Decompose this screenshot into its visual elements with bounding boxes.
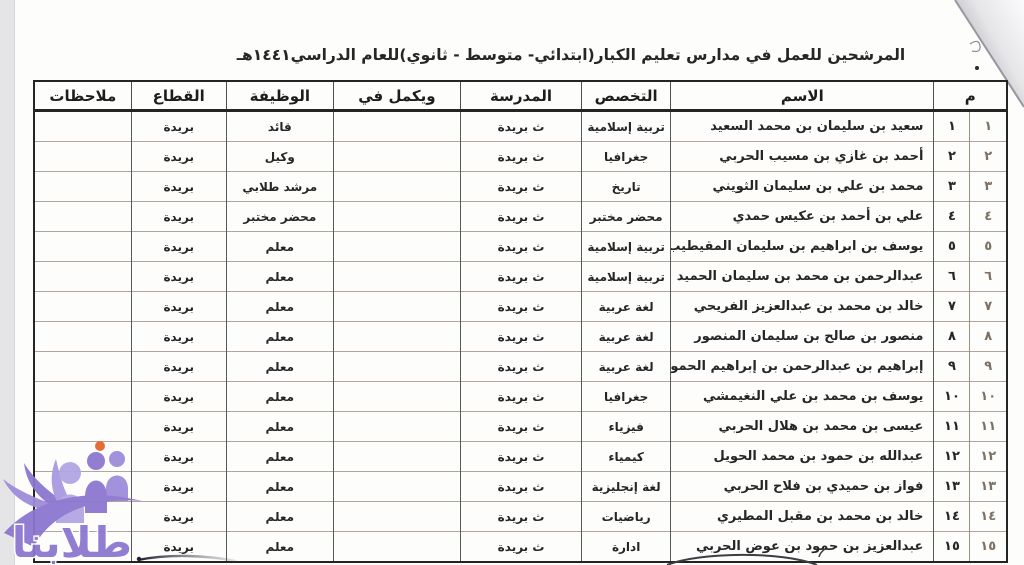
sector-cell: بريدة [131,142,226,172]
notes-cell [34,382,131,412]
col-header-specialization: التخصص [582,81,671,111]
job-title-cell: معلم [226,412,333,442]
table-row: ٥ ٥ يوسف بن ابراهيم بن سليمان المقيطيب ت… [34,232,1007,262]
specialization-cell: كيمياء [582,442,671,472]
specialization-cell: لغة عربية [582,352,671,382]
sector-cell: بريدة [131,111,226,142]
row-number-faded: ٣ [970,172,1007,202]
stamp-arc [667,555,817,565]
candidate-name: عبدالرحمن بن محمد بن سليمان الحميد [671,262,934,292]
school-cell: ث بريدة [460,502,581,532]
table-body: ١ ١ سعيد بن سليمان بن محمد السعيد تربية … [34,111,1007,563]
school-cell: ث بريدة [460,262,581,292]
completes-in-cell [333,502,460,532]
col-header-school: المدرسة [460,81,581,111]
table-row: ١٤ ١٤ خالد بن محمد بن مقبل المطيري رياضي… [34,502,1007,532]
specialization-cell: محضر مختبر [582,202,671,232]
sector-cell: بريدة [131,202,226,232]
job-title-cell: معلم [226,502,333,532]
col-header-number: م [934,81,1007,111]
sector-cell: بريدة [131,322,226,352]
notes-cell [34,202,131,232]
row-number-faded: ١٠ [970,382,1007,412]
candidate-name: خالد بن محمد بن مقبل المطيري [671,502,934,532]
school-cell: ث بريدة [460,232,581,262]
table-row: ١ ١ سعيد بن سليمان بن محمد السعيد تربية … [34,111,1007,142]
completes-in-cell [333,442,460,472]
sector-cell: بريدة [131,352,226,382]
job-title-cell: معلم [226,382,333,412]
job-title-cell: معلم [226,292,333,322]
row-number-faded: ١٢ [970,442,1007,472]
notes-cell [34,172,131,202]
row-number-faded: ٥ [970,232,1007,262]
sector-cell: بريدة [131,172,226,202]
school-cell: ث بريدة [460,352,581,382]
notes-cell [34,262,131,292]
notes-cell [34,352,131,382]
row-number: ١ [934,111,970,142]
row-number-faded: ١٣ [970,472,1007,502]
notes-cell [34,322,131,352]
row-number: ٢ [934,142,970,172]
row-number-faded: ١١ [970,412,1007,442]
completes-in-cell [333,262,460,292]
table-row: ٣ ٣ محمد بن علي بن سليمان الثويني تاريخ … [34,172,1007,202]
candidate-name: عيسى بن محمد بن هلال الحربي [671,412,934,442]
table-row: ٦ ٦ عبدالرحمن بن محمد بن سليمان الحميد ت… [34,262,1007,292]
table-row: ١٣ ١٣ فواز بن حميدي بن فلاح الحربي لغة إ… [34,472,1007,502]
candidate-name: محمد بن علي بن سليمان الثويني [671,172,934,202]
job-title-cell: محضر مختبر [226,202,333,232]
job-title-cell: مرشد طلابي [226,172,333,202]
completes-in-cell [333,472,460,502]
candidate-name: سعيد بن سليمان بن محمد السعيد [671,111,934,142]
table-row: ٧ ٧ خالد بن محمد بن عبدالعزيز الفريحي لغ… [34,292,1007,322]
row-number-faded: ٤ [970,202,1007,232]
candidate-name: أحمد بن غازي بن مسيب الحربي [671,142,934,172]
table-row: ٨ ٨ منصور بن صالح بن سليمان المنصور لغة … [34,322,1007,352]
row-number: ٦ [934,262,970,292]
school-cell: ث بريدة [460,322,581,352]
row-number: ٥ [934,232,970,262]
row-number-faded: ١ [970,111,1007,142]
sector-cell: بريدة [131,232,226,262]
table-row: ١١ ١١ عيسى بن محمد بن هلال الحربي فيزياء… [34,412,1007,442]
notes-cell [34,232,131,262]
specialization-cell: تربية إسلامية [582,232,671,262]
specialization-cell: لغة إنجليزية [582,472,671,502]
job-title-cell: معلم [226,232,333,262]
completes-in-cell [333,412,460,442]
completes-in-cell [333,111,460,142]
specialization-cell: جغرافيا [582,142,671,172]
candidate-name: عبدالله بن حمود بن محمد الحويل [671,442,934,472]
sector-cell: بريدة [131,292,226,322]
candidates-table: م الاسم التخصص المدرسة ويكمل في الوظيفة … [33,80,1008,563]
job-title-cell: معلم [226,322,333,352]
document-title: المرشحين للعمل في مدارس تعليم الكبار(ابت… [168,46,974,64]
table-row: ٤ ٤ علي بن أحمد بن عكيس حمدي محضر مختبر … [34,202,1007,232]
row-number-faded: ٦ [970,262,1007,292]
row-number: ٨ [934,322,970,352]
header-row: م الاسم التخصص المدرسة ويكمل في الوظيفة … [34,81,1007,111]
tolabona-logo-watermark: طلابنا [0,437,150,565]
specialization-cell: تربية إسلامية [582,111,671,142]
completes-in-cell [333,202,460,232]
specialization-cell: فيزياء [582,412,671,442]
candidate-name: يوسف بن ابراهيم بن سليمان المقيطيب [671,232,934,262]
candidate-name: إبراهيم بن عبدالرحمن بن إبراهيم الحمودي [671,352,934,382]
candidate-name: يوسف بن محمد بن علي النغيمشي [671,382,934,412]
bottom-ink-marks [0,544,1024,565]
school-cell: ث بريدة [460,442,581,472]
completes-in-cell [333,352,460,382]
row-number: ٧ [934,292,970,322]
completes-in-cell [333,142,460,172]
signature-stroke [138,556,236,561]
row-number-faded: ١٤ [970,502,1007,532]
table-row: ٩ ٩ إبراهيم بن عبدالرحمن بن إبراهيم الحم… [34,352,1007,382]
school-cell: ث بريدة [460,172,581,202]
sector-cell: بريدة [131,382,226,412]
row-number: ١١ [934,412,970,442]
col-header-notes: ملاحظات [34,81,131,111]
col-header-sector: القطاع [131,81,226,111]
school-cell: ث بريدة [460,472,581,502]
candidate-name: منصور بن صالح بن سليمان المنصور [671,322,934,352]
job-title-cell: معلم [226,442,333,472]
completes-in-cell [333,322,460,352]
scanned-document-page: المرشحين للعمل في مدارس تعليم الكبار(ابت… [0,0,1024,565]
school-cell: ث بريدة [460,292,581,322]
row-number: ١٢ [934,442,970,472]
col-header-job: الوظيفة [226,81,333,111]
job-title-cell: قائد [226,111,333,142]
orange-accent-dot [95,441,105,451]
row-number: ١٠ [934,382,970,412]
col-header-completes-in: ويكمل في [333,81,460,111]
school-cell: ث بريدة [460,382,581,412]
row-number-faded: ٢ [970,142,1007,172]
specialization-cell: لغة عربية [582,322,671,352]
school-cell: ث بريدة [460,111,581,142]
row-number-faded: ٧ [970,292,1007,322]
school-cell: ث بريدة [460,412,581,442]
job-title-cell: وكيل [226,142,333,172]
job-title-cell: معلم [226,262,333,292]
specialization-cell: لغة عربية [582,292,671,322]
specialization-cell: جغرافيا [582,382,671,412]
candidate-name: علي بن أحمد بن عكيس حمدي [671,202,934,232]
row-number: ٤ [934,202,970,232]
candidate-name: خالد بن محمد بن عبدالعزيز الفريحي [671,292,934,322]
specialization-cell: تاريخ [582,172,671,202]
stamp-tick [819,549,825,557]
notes-cell [34,292,131,322]
specialization-cell: تربية إسلامية [582,262,671,292]
row-number-faded: ٩ [970,352,1007,382]
table-row: ١٢ ١٢ عبدالله بن حمود بن محمد الحويل كيم… [34,442,1007,472]
col-header-name: الاسم [671,81,934,111]
notes-cell [34,142,131,172]
school-cell: ث بريدة [460,142,581,172]
completes-in-cell [333,382,460,412]
row-number: ١٤ [934,502,970,532]
table-row: ١٠ ١٠ يوسف بن محمد بن علي النغيمشي جغراف… [34,382,1007,412]
row-number-faded: ٨ [970,322,1007,352]
job-title-cell: معلم [226,472,333,502]
school-cell: ث بريدة [460,202,581,232]
completes-in-cell [333,292,460,322]
sector-cell: بريدة [131,262,226,292]
completes-in-cell [333,172,460,202]
job-title-cell: معلم [226,352,333,382]
watermark-text: طلابنا [12,518,132,565]
completes-in-cell [333,232,460,262]
table-row: ٢ ٢ أحمد بن غازي بن مسيب الحربي جغرافيا … [34,142,1007,172]
row-number: ٩ [934,352,970,382]
title-period-mark [975,66,979,70]
specialization-cell: رياضيات [582,502,671,532]
notes-cell [34,111,131,142]
row-number: ١٣ [934,472,970,502]
row-number: ٣ [934,172,970,202]
candidate-name: فواز بن حميدي بن فلاح الحربي [671,472,934,502]
